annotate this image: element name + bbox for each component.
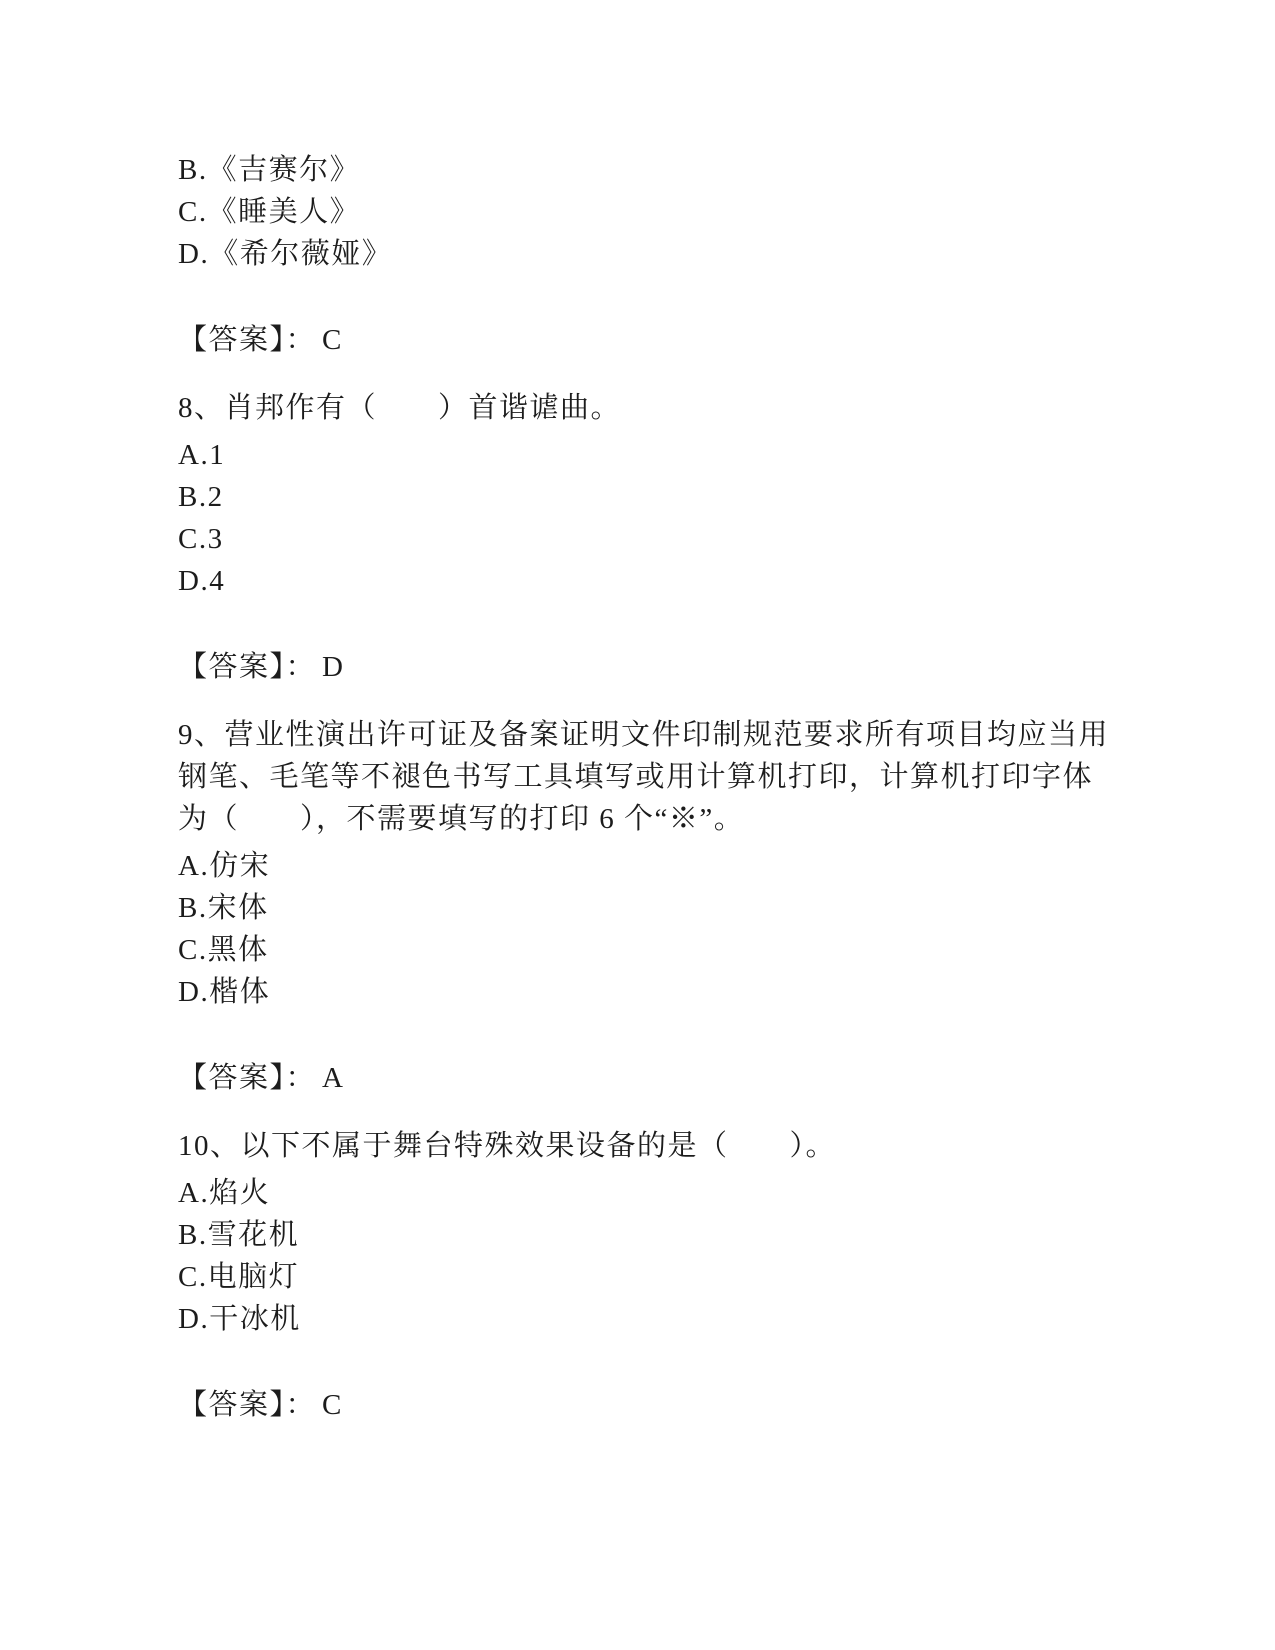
question-8: 8、肖邦作有（ ）首谐谑曲。 A.1 B.2 C.3 D.4 【答案】：D bbox=[178, 387, 1095, 688]
question-8-option-b: B.2 bbox=[178, 476, 1095, 518]
question-8-text: 8、肖邦作有（ ）首谐谑曲。 bbox=[178, 387, 1095, 429]
question-10-text: 10、以下不属于舞台特殊效果设备的是（ ）。 bbox=[178, 1125, 1095, 1167]
question-10: 10、以下不属于舞台特殊效果设备的是（ ）。 A.焰火 B.雪花机 C.电脑灯 … bbox=[178, 1125, 1095, 1426]
question-9: 9、营业性演出许可证及备案证明文件印制规范要求所有项目均应当用 钢笔、毛笔等不褪… bbox=[178, 714, 1095, 1099]
question-8-answer-line: 【答案】：D bbox=[178, 646, 1095, 688]
question-10-option-b: B.雪花机 bbox=[178, 1214, 1095, 1256]
question-9-option-b: B.宋体 bbox=[178, 887, 1095, 929]
question-9-text-line-3: 为（ ），不需要填写的打印 6 个“※”。 bbox=[178, 798, 1095, 840]
question-7-option-b: B.《吉赛尔》 bbox=[178, 149, 1095, 191]
question-7-options: B.《吉赛尔》 C.《睡美人》 D.《希尔薇娅》 bbox=[178, 149, 1095, 275]
question-9-text-line-2: 钢笔、毛笔等不褪色书写工具填写或用计算机打印，计算机打印字体 bbox=[178, 756, 1095, 798]
question-7-answer-line: 【答案】：C bbox=[178, 319, 1095, 361]
question-8-option-d: D.4 bbox=[178, 560, 1095, 602]
question-7-option-d: D.《希尔薇娅》 bbox=[178, 233, 1095, 275]
question-10-option-c: C.电脑灯 bbox=[178, 1256, 1095, 1298]
question-8-option-c: C.3 bbox=[178, 518, 1095, 560]
question-8-answer-value: D bbox=[322, 651, 344, 683]
answer-label: 【答案】： bbox=[178, 651, 316, 683]
question-10-answer-line: 【答案】：C bbox=[178, 1384, 1095, 1426]
question-8-options: A.1 B.2 C.3 D.4 bbox=[178, 434, 1095, 602]
question-9-options: A.仿宋 B.宋体 C.黑体 D.楷体 bbox=[178, 845, 1095, 1013]
exam-document-page: B.《吉赛尔》 C.《睡美人》 D.《希尔薇娅》 【答案】：C 8、肖邦作有（ … bbox=[0, 0, 1275, 1650]
question-7-answer-value: C bbox=[322, 324, 343, 356]
question-9-answer-line: 【答案】：A bbox=[178, 1057, 1095, 1099]
question-7-option-c: C.《睡美人》 bbox=[178, 191, 1095, 233]
question-9-option-a: A.仿宋 bbox=[178, 845, 1095, 887]
question-8-option-a: A.1 bbox=[178, 434, 1095, 476]
question-9-text-line-1: 9、营业性演出许可证及备案证明文件印制规范要求所有项目均应当用 bbox=[178, 714, 1095, 756]
answer-label: 【答案】： bbox=[178, 324, 316, 356]
question-10-option-d: D.干冰机 bbox=[178, 1298, 1095, 1340]
question-10-option-a: A.焰火 bbox=[178, 1172, 1095, 1214]
question-10-options: A.焰火 B.雪花机 C.电脑灯 D.干冰机 bbox=[178, 1172, 1095, 1340]
question-10-answer-value: C bbox=[322, 1389, 343, 1421]
question-9-option-c: C.黑体 bbox=[178, 929, 1095, 971]
question-9-option-d: D.楷体 bbox=[178, 971, 1095, 1013]
answer-label: 【答案】： bbox=[178, 1389, 316, 1421]
question-9-answer-value: A bbox=[322, 1062, 344, 1094]
answer-label: 【答案】： bbox=[178, 1062, 316, 1094]
